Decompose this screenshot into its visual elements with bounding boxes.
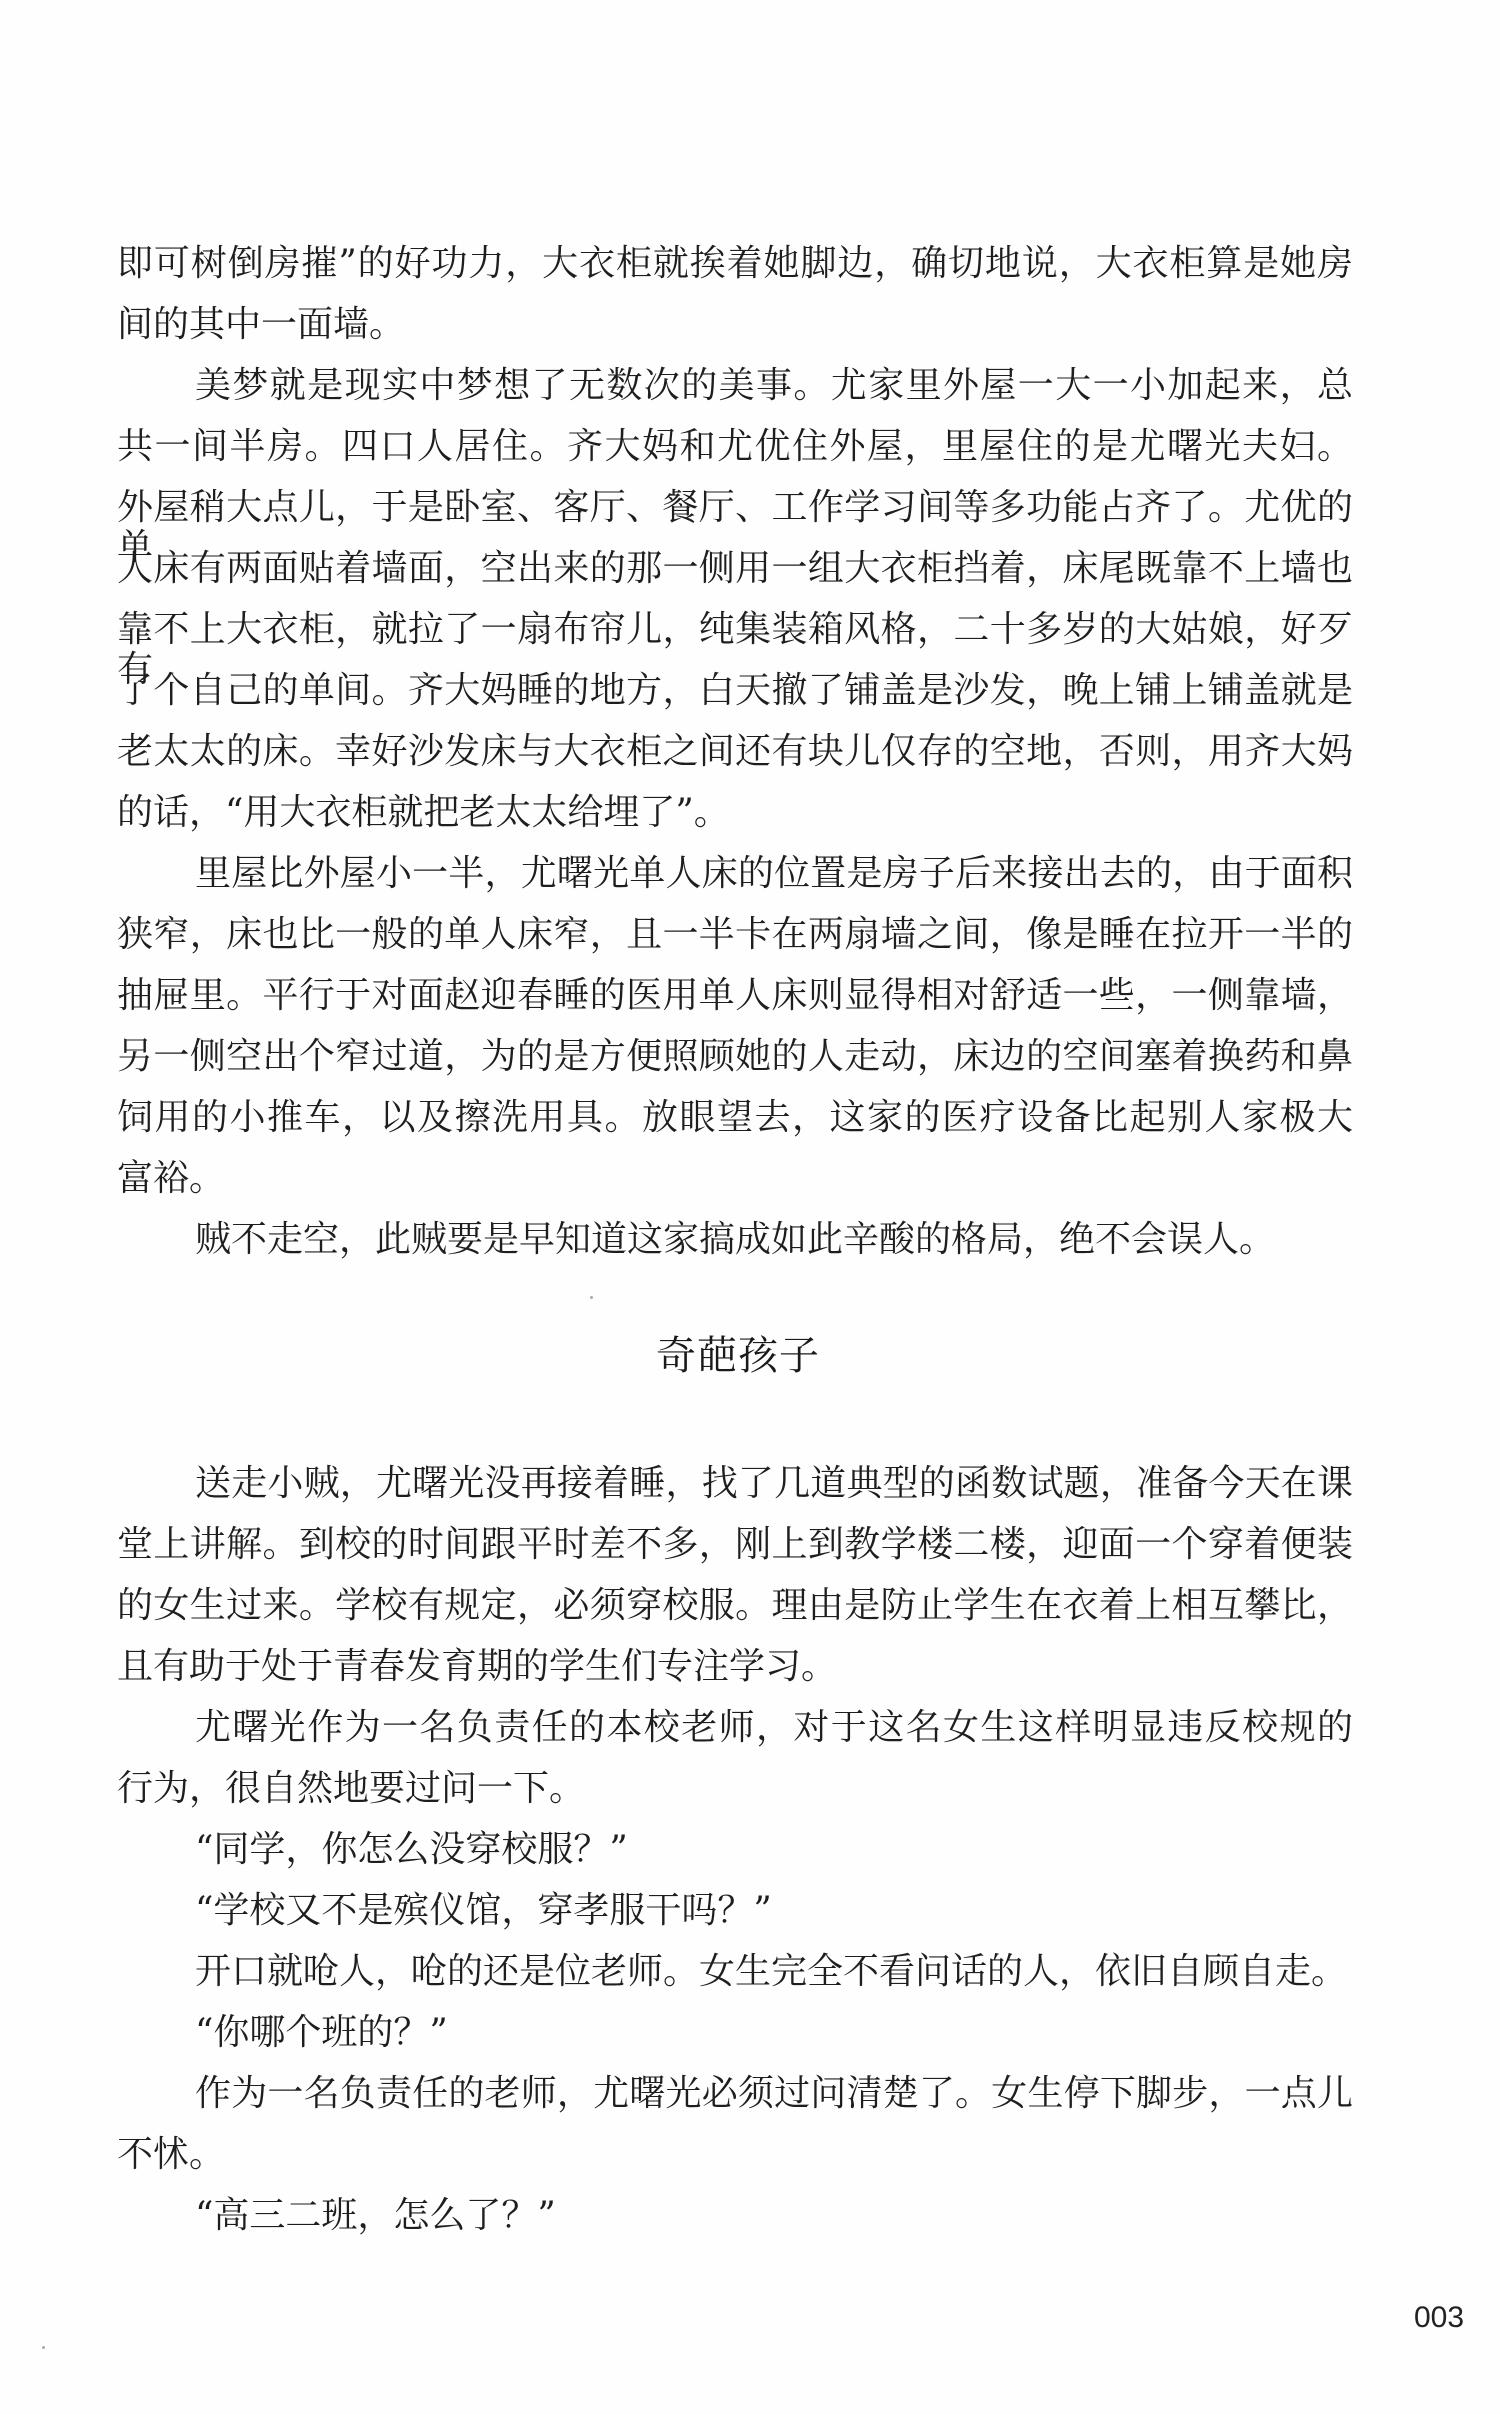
text-line: “同学，你怎么没穿校服？” xyxy=(117,1830,1353,1891)
text-line: “高三二班，怎么了？” xyxy=(117,2196,1353,2257)
text-line: 即可树倒房摧”的好功力，大衣柜就挨着她脚边，确切地说，大衣柜算是她房 xyxy=(117,244,1353,305)
text-line: “你哪个班的？” xyxy=(117,2013,1353,2074)
text-line: 的女生过来。学校有规定，必须穿校服。理由是防止学生在衣着上相互攀比， xyxy=(117,1586,1353,1647)
text-line: 不怵。 xyxy=(117,2135,1353,2196)
text-line: 作为一名负责任的老师，尤曙光必须过问清楚了。女生停下脚步，一点儿 xyxy=(117,2074,1353,2135)
text-line: 抽屉里。平行于对面赵迎春睡的医用单人床则显得相对舒适一些，一侧靠墙， xyxy=(117,976,1353,1037)
book-page: 即可树倒房摧”的好功力，大衣柜就挨着她脚边，确切地说，大衣柜算是她房间的其中一面… xyxy=(0,0,1500,2414)
text-line: 里屋比外屋小一半，尤曙光单人床的位置是房子后来接出去的，由于面积 xyxy=(117,854,1353,915)
text-line: 老太太的床。幸好沙发床与大衣柜之间还有块儿仅存的空地，否则，用齐大妈 xyxy=(117,732,1353,793)
text-line: 富裕。 xyxy=(117,1159,1353,1220)
text-line: 人床有两面贴着墙面，空出来的那一侧用一组大衣柜挡着，床尾既靠不上墙也 xyxy=(117,549,1353,610)
text-line: 靠不上大衣柜，就拉了一扇布帘儿，纯集装箱风格，二十多岁的大姑娘，好歹有 xyxy=(117,610,1353,671)
text-line: 且有助于处于青春发育期的学生们专注学习。 xyxy=(117,1647,1353,1708)
text-line: 另一侧空出个窄过道，为的是方便照顾她的人走动，床边的空间塞着换药和鼻 xyxy=(117,1037,1353,1098)
text-line: 送走小贼，尤曙光没再接着睡，找了几道典型的函数试题，准备今天在课 xyxy=(117,1464,1353,1525)
text-line: 行为，很自然地要过问一下。 xyxy=(117,1769,1353,1830)
text-line: 贼不走空，此贼要是早知道这家搞成如此辛酸的格局，绝不会误人。 xyxy=(117,1220,1353,1281)
text-line: 美梦就是现实中梦想了无数次的美事。尤家里外屋一大一小加起来，总 xyxy=(117,366,1353,427)
scan-speck xyxy=(590,1296,593,1299)
text-line: 的话，“用大衣柜就把老太太给埋了”。 xyxy=(117,793,1353,854)
body-text-section-two: 送走小贼，尤曙光没再接着睡，找了几道典型的函数试题，准备今天在课堂上讲解。到校的… xyxy=(117,1464,1353,2257)
page-number: 003 xyxy=(1414,2300,1464,2336)
body-text-section-one: 即可树倒房摧”的好功力，大衣柜就挨着她脚边，确切地说，大衣柜算是她房间的其中一面… xyxy=(117,244,1353,1281)
text-line: 狭窄，床也比一般的单人床窄，且一半卡在两扇墙之间，像是睡在拉开一半的 xyxy=(117,915,1353,976)
section-heading: 奇葩孩子 xyxy=(0,1332,1476,1380)
text-line: 外屋稍大点儿，于是卧室、客厅、餐厅、工作学习间等多功能占齐了。尤优的单 xyxy=(117,488,1353,549)
text-line: 堂上讲解。到校的时间跟平时差不多，刚上到教学楼二楼，迎面一个穿着便装 xyxy=(117,1525,1353,1586)
text-line: “学校又不是殡仪馆，穿孝服干吗？” xyxy=(117,1891,1353,1952)
scan-speck xyxy=(42,2346,45,2349)
text-line: 共一间半房。四口人居住。齐大妈和尤优住外屋，里屋住的是尤曙光夫妇。 xyxy=(117,427,1353,488)
text-line: 间的其中一面墙。 xyxy=(117,305,1353,366)
text-line: 饲用的小推车，以及擦洗用具。放眼望去，这家的医疗设备比起别人家极大 xyxy=(117,1098,1353,1159)
text-line: 开口就呛人，呛的还是位老师。女生完全不看问话的人，依旧自顾自走。 xyxy=(117,1952,1353,2013)
text-line: 了个自己的单间。齐大妈睡的地方，白天撤了铺盖是沙发，晚上铺上铺盖就是 xyxy=(117,671,1353,732)
text-line: 尤曙光作为一名负责任的本校老师，对于这名女生这样明显违反校规的 xyxy=(117,1708,1353,1769)
